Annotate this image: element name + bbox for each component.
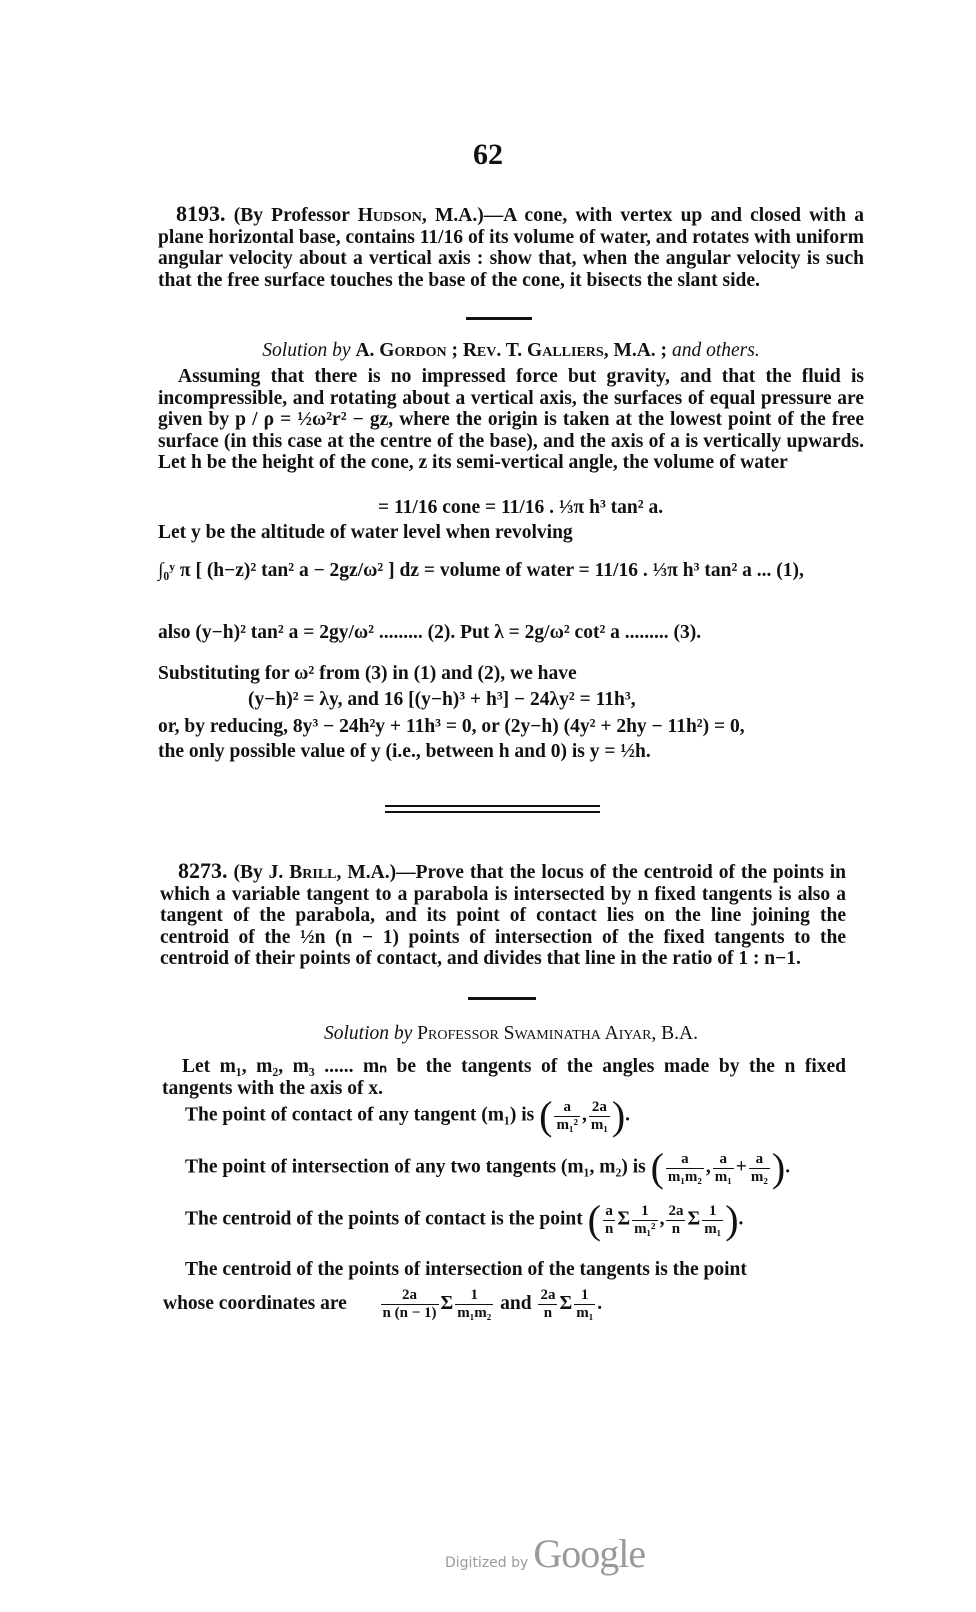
coordinates-line: whose coordinates are 2an (n − 1)Σ1m₁m₂ …: [163, 1287, 602, 1322]
solution-text: Substituting for ω² from (3) in (1) and …: [158, 663, 577, 685]
equation-volume: = 11/16 cone = 11/16 . ⅓π h³ tan² a.: [378, 497, 663, 519]
solution-paragraph: Let m₁, m₂, m₃ ...... mₙ be the tangents…: [162, 1056, 846, 1099]
solution-heading: Solution by A. Gordon ; Rev. T. Galliers…: [158, 340, 864, 362]
equation-reduced: or, by reducing, 8y³ − 24h²y + 11h³ = 0,…: [158, 716, 745, 738]
equation-2-3: also (y−h)² tan² a = 2gy/ω² ......... (2…: [158, 622, 701, 644]
equation-1: ∫₀ʸ π [ (h−z)² tan² a − 2gz/ω² ] dz = vo…: [158, 560, 804, 582]
page-number: 62: [0, 138, 976, 172]
digitized-by-google-watermark: Digitized by Google: [445, 1530, 645, 1577]
solution-conclusion: the only possible value of y (i.e., betw…: [158, 741, 651, 763]
double-rule-top: [385, 805, 600, 807]
author-name: Brill: [289, 862, 336, 883]
google-logo: Google: [533, 1531, 645, 1576]
author-name: Hudson: [358, 205, 422, 226]
equation-substitution: (y−h)² = λy, and 16 [(y−h)³ + h³] − 24λy…: [248, 689, 636, 711]
question-8193: 8193. (By Professor Hudson, M.A.)—A cone…: [158, 203, 864, 291]
section-divider: [466, 317, 532, 320]
centroid-intersection-line: The centroid of the points of intersecti…: [185, 1259, 847, 1281]
intersection-point-line: The point of intersection of any two tan…: [185, 1148, 790, 1188]
centroid-contact-line: The centroid of the points of contact is…: [185, 1200, 743, 1240]
contact-point-line: The point of contact of any tangent (m₁)…: [185, 1096, 630, 1136]
question-number: 8273.: [178, 858, 228, 883]
question-number: 8193.: [176, 201, 226, 226]
double-rule-bottom: [385, 811, 600, 813]
section-divider: [468, 997, 536, 1000]
scanned-page: 62 8193. (By Professor Hudson, M.A.)—A c…: [0, 0, 976, 1612]
solution-paragraph: Assuming that there is no impressed forc…: [158, 366, 864, 474]
solution-heading: Solution by Professor Swaminatha Aiyar, …: [158, 1023, 864, 1045]
solution-text: Let y be the altitude of water level whe…: [158, 522, 573, 544]
question-8273: 8273. (By J. Brill, M.A.)—Prove that the…: [160, 860, 846, 970]
